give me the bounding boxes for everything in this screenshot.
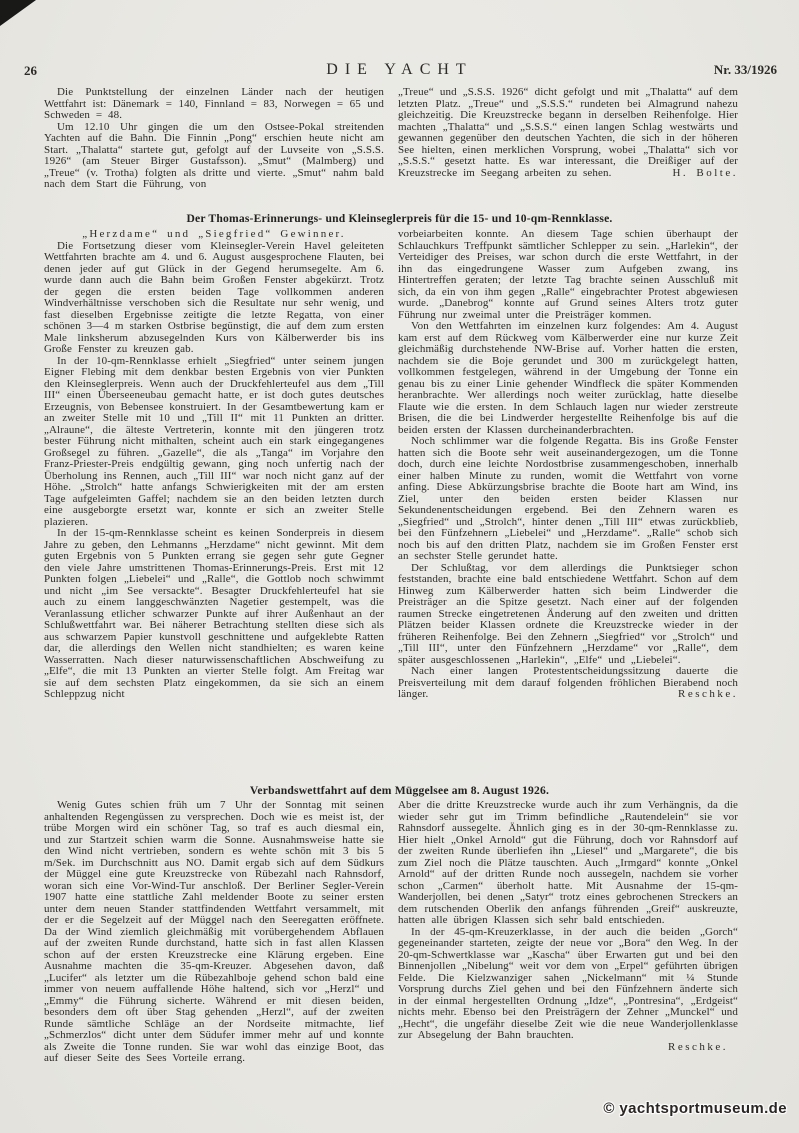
- paragraph: Aber die dritte Kreuzstrecke wurde auch …: [398, 800, 738, 927]
- scan-corner-artifact: [0, 0, 36, 26]
- author-signature: Reschke.: [668, 689, 738, 701]
- paragraph: Nach einer langen Protestentscheidungssi…: [398, 666, 738, 701]
- paragraph: vorbeiarbeiten konnte. An diesem Tage sc…: [398, 229, 738, 321]
- paragraph-text: „Treue“ und „S.S.S. 1926“ dicht gefolgt …: [398, 87, 738, 179]
- watermark: © yachtsportmuseum.de: [603, 1100, 787, 1117]
- paragraph: Der Schlußtag, vor dem allerdings die Pu…: [398, 563, 738, 667]
- paragraph: „Treue“ und „S.S.S. 1926“ dicht gefolgt …: [398, 87, 738, 179]
- article3-left-column: Wenig Gutes schien früh um 7 Uhr der Son…: [44, 800, 384, 1065]
- article1-left-column: Die Punktstellung der einzelnen Länder n…: [44, 87, 384, 215]
- author-signature: Reschke.: [398, 1042, 738, 1054]
- article2-heading: Der Thomas-Erinnerungs- und Kleinseglerp…: [0, 212, 799, 225]
- paragraph: Die Fortsetzung dieser vom Kleinsegler-V…: [44, 241, 384, 356]
- article-ostsee-pokal: Die Punktstellung der einzelnen Länder n…: [44, 87, 738, 215]
- paragraph: In der 10-qm-Rennklasse erhielt „Siegfri…: [44, 356, 384, 529]
- article2-right-column: vorbeiarbeiten konnte. An diesem Tage sc…: [398, 229, 738, 781]
- article2-left-column: „Herzdame“ und „Siegfried“ Gewinner. Die…: [44, 229, 384, 781]
- article-muggelsee: Wenig Gutes schien früh um 7 Uhr der Son…: [44, 800, 738, 1065]
- article3-heading: Verbandswettfahrt auf dem Müggelsee am 8…: [0, 784, 799, 797]
- journal-title: DIE YACHT: [0, 61, 799, 79]
- article1-right-column: „Treue“ und „S.S.S. 1926“ dicht gefolgt …: [398, 87, 738, 215]
- paragraph: Noch schlimmer war die folgende Regatta.…: [398, 436, 738, 563]
- paragraph: In der 15-qm-Rennklasse scheint es keine…: [44, 528, 384, 701]
- paragraph: Die Punktstellung der einzelnen Länder n…: [44, 87, 384, 122]
- author-signature: H. Bolte.: [662, 168, 738, 180]
- article2-subheading: „Herzdame“ und „Siegfried“ Gewinner.: [44, 229, 384, 241]
- paragraph: Wenig Gutes schien früh um 7 Uhr der Son…: [44, 800, 384, 1065]
- issue-number: Nr. 33/1926: [714, 62, 777, 78]
- paragraph: In der 45-qm-Kreuzerklasse, in der auch …: [398, 927, 738, 1042]
- paragraph: Von den Wettfahrten im einzelnen kurz fo…: [398, 321, 738, 436]
- article-thomas-preis: „Herzdame“ und „Siegfried“ Gewinner. Die…: [44, 229, 738, 781]
- paragraph: Um 12.10 Uhr gingen die um den Ostsee-Po…: [44, 122, 384, 191]
- article3-right-column: Aber die dritte Kreuzstrecke wurde auch …: [398, 800, 738, 1065]
